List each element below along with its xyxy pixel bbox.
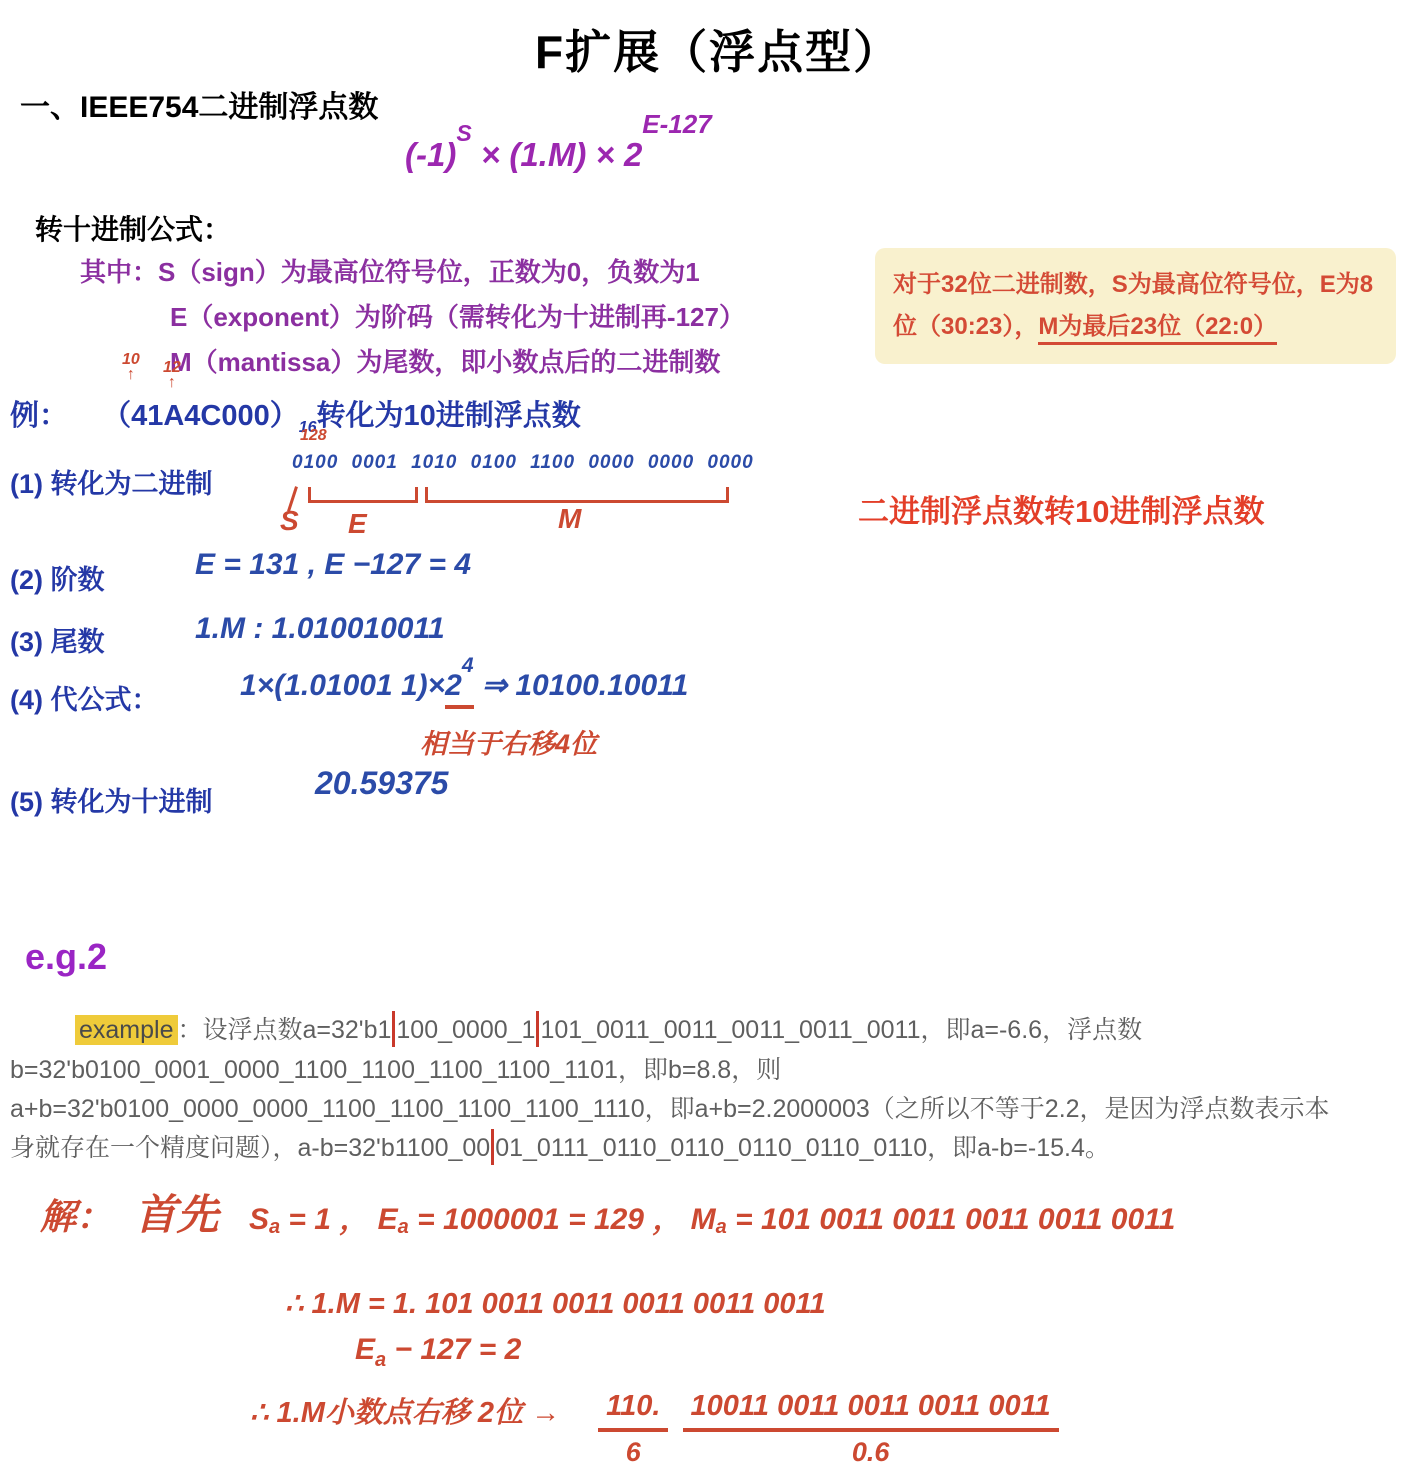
sign-a-value: = 1 ， — [280, 1203, 378, 1236]
mant-a: M — [691, 1203, 716, 1236]
solution-line-1: 解： 首先 Sa = 1 ， Ea = 1000001 = 129 ， Ma =… — [40, 1182, 1175, 1242]
example-highlight: example — [75, 1015, 178, 1045]
note-box: 对于32位二进制数，S为最高位符号位，E为8位（30:23），M为最后23位（2… — [875, 248, 1396, 364]
formula-exponent: E-127 — [642, 109, 711, 139]
decimal-conversion-heading: 转十进制公式： — [35, 208, 231, 248]
step-label: 代公式： — [51, 685, 159, 715]
sub-a: a — [375, 1349, 386, 1371]
field-separator-tick — [491, 1129, 494, 1165]
substitution-result: ⇒ 10100.10011 — [474, 669, 689, 702]
step-label: 转化为二进制 — [51, 469, 213, 499]
section-heading-ieee754: 一、IEEE754二进制浮点数 — [20, 82, 378, 126]
step-label: 转化为十进制 — [51, 787, 213, 817]
mant-a-value: = 101 0011 0011 0011 0011 0011 — [727, 1203, 1175, 1236]
field-separator-tick — [392, 1011, 395, 1047]
formula-sign-exponent: S — [456, 120, 471, 146]
paragraph-text: 100_0000_1 — [396, 1016, 535, 1044]
conversion-heading-red: 二进制浮点数转10进制浮点数 — [858, 486, 1264, 531]
sub-a: a — [269, 1216, 280, 1238]
sub-a: a — [398, 1216, 409, 1238]
mantissa-value: 1.M : 1.010010011 — [195, 612, 445, 646]
fraction-decimal: 0.6 — [852, 1432, 890, 1468]
paragraph-text: 101_0011_0011_0011_0011_0011，即a=-6.6，浮点数 — [540, 1016, 1142, 1044]
mantissa-field-bracket — [425, 487, 729, 503]
definition-exponent: E（exponent）为阶码（需转化为十进制再-127） — [170, 295, 745, 340]
exp-a-value: = 1000001 = 129 ， — [409, 1203, 691, 1236]
page-title: F扩展（浮点型） — [535, 16, 901, 82]
ieee754-formula: (-1)S × (1.M) × 2E-127 — [405, 130, 712, 174]
up-arrow-icon: ↑ — [168, 374, 176, 391]
solution-label: 解： — [40, 1196, 112, 1237]
paragraph-text: 身就存在一个精度问题），a-b=32'b1100_00 — [10, 1134, 490, 1162]
shift-right-note: 相当于右移4位 — [420, 722, 597, 761]
solution-first: 首先 — [134, 1191, 218, 1238]
paragraph-text: ：设浮点数a=32'b1 — [178, 1016, 392, 1044]
paragraph-line-1: example：设浮点数a=32'b1100_0000_1101_0011_00… — [75, 1010, 1142, 1047]
power-base: 2 — [445, 669, 462, 702]
up-arrow-icon: ↑ — [127, 366, 135, 383]
fraction-binary: 10011 0011 0011 0011 0011 — [683, 1390, 1059, 1432]
binary-string: 0100 0001 1010 0100 1100 0000 0000 0000 — [292, 452, 754, 474]
hex-value: （41A4C000） — [102, 400, 299, 432]
step-number: (1) — [10, 469, 43, 499]
field-separator-tick — [536, 1011, 539, 1047]
formula-base: (-1) — [405, 136, 456, 173]
formula-middle: × (1.M) × 2 — [472, 136, 643, 173]
shift-left-conclusion: ∴ 1.M小数点右移 2位 → — [250, 1397, 560, 1429]
decimal-result: 20.59375 — [315, 765, 448, 802]
power-exponent: 4 — [462, 654, 474, 677]
solution-line-3: Ea − 127 = 2 — [355, 1333, 521, 1372]
fraction-part-fraction: 10011 0011 0011 0011 0011 0.6 — [683, 1390, 1059, 1468]
paragraph-text: 01_0111_0110_0110_0110_0110_0110，即a-b=-1… — [495, 1134, 1110, 1162]
paragraph-line-3: a+b=32'b0100_0000_0000_1100_1100_1100_11… — [10, 1089, 1330, 1125]
solution-line-2: ∴ 1.M = 1. 101 0011 0011 0011 0011 0011 — [285, 1286, 826, 1321]
exp-a: E — [378, 1203, 398, 1236]
step-3: (3) 尾数 — [10, 620, 105, 659]
field-label-m: M — [558, 503, 581, 535]
sign-a: S — [249, 1203, 269, 1236]
eg2-heading: e.g.2 — [25, 936, 107, 978]
paragraph-line-4: 身就存在一个精度问题），a-b=32'b1100_0001_0111_0110_… — [10, 1128, 1110, 1165]
integer-binary: 110. — [598, 1390, 668, 1432]
exp-minus-bias: − 127 = 2 — [386, 1333, 521, 1366]
field-label-e: E — [348, 508, 367, 540]
example-hex-line: 例： （41A4C000）16转化为10进制浮点数 — [10, 393, 581, 437]
example-label: 例： — [10, 400, 68, 432]
integer-part-fraction: 110. 6 — [598, 1390, 668, 1468]
field-label-s: S — [280, 505, 299, 537]
step-4: (4) 代公式： — [10, 678, 159, 717]
exponent-calculation: E = 131 , E −127 = 4 — [195, 548, 471, 582]
step-number: (3) — [10, 627, 43, 657]
step-1: (1) 转化为二进制 — [10, 462, 213, 501]
step-5: (5) 转化为十进制 — [10, 780, 213, 819]
step-number: (2) — [10, 565, 43, 595]
exp-a: E — [355, 1333, 375, 1366]
definition-mantissa: M（mantissa）为尾数，即小数点后的二进制数 — [170, 340, 720, 385]
example-rest: 转化为10进制浮点数 — [317, 400, 581, 432]
step-number: (5) — [10, 787, 43, 817]
solution-line-4: ∴ 1.M小数点右移 2位 → 110. 6 10011 0011 0011 0… — [250, 1390, 1059, 1468]
step-label: 阶数 — [51, 565, 105, 595]
exponent-field-bracket — [308, 487, 418, 503]
step-2: (2) 阶数 — [10, 558, 105, 597]
hex-digit-annotation-12: 12 ↑ — [163, 360, 181, 390]
integer-decimal: 6 — [626, 1432, 641, 1468]
exponent-weight-note: 128 — [300, 428, 327, 443]
hex-digit-annotation-10: 10 ↑ — [122, 352, 140, 382]
sub-a: a — [716, 1216, 727, 1238]
definition-sign: 其中：S（sign）为最高位符号位，正数为0，负数为1 — [80, 250, 700, 295]
substitution-left: 1×(1.01001 1)× — [240, 669, 445, 702]
note-text-underlined: M为最后23位（22:0） — [1038, 313, 1277, 345]
note-text-part1: 对于32位二进制数，S为最高位符号位，E为 — [893, 271, 1360, 298]
step-label: 尾数 — [51, 627, 105, 657]
paragraph-line-2: b=32'b0100_0001_0000_1100_1100_1100_1100… — [10, 1050, 781, 1086]
formula-substitution: 1×(1.01001 1)×24 ⇒ 10100.10011 — [240, 666, 688, 703]
step-number: (4) — [10, 685, 43, 715]
